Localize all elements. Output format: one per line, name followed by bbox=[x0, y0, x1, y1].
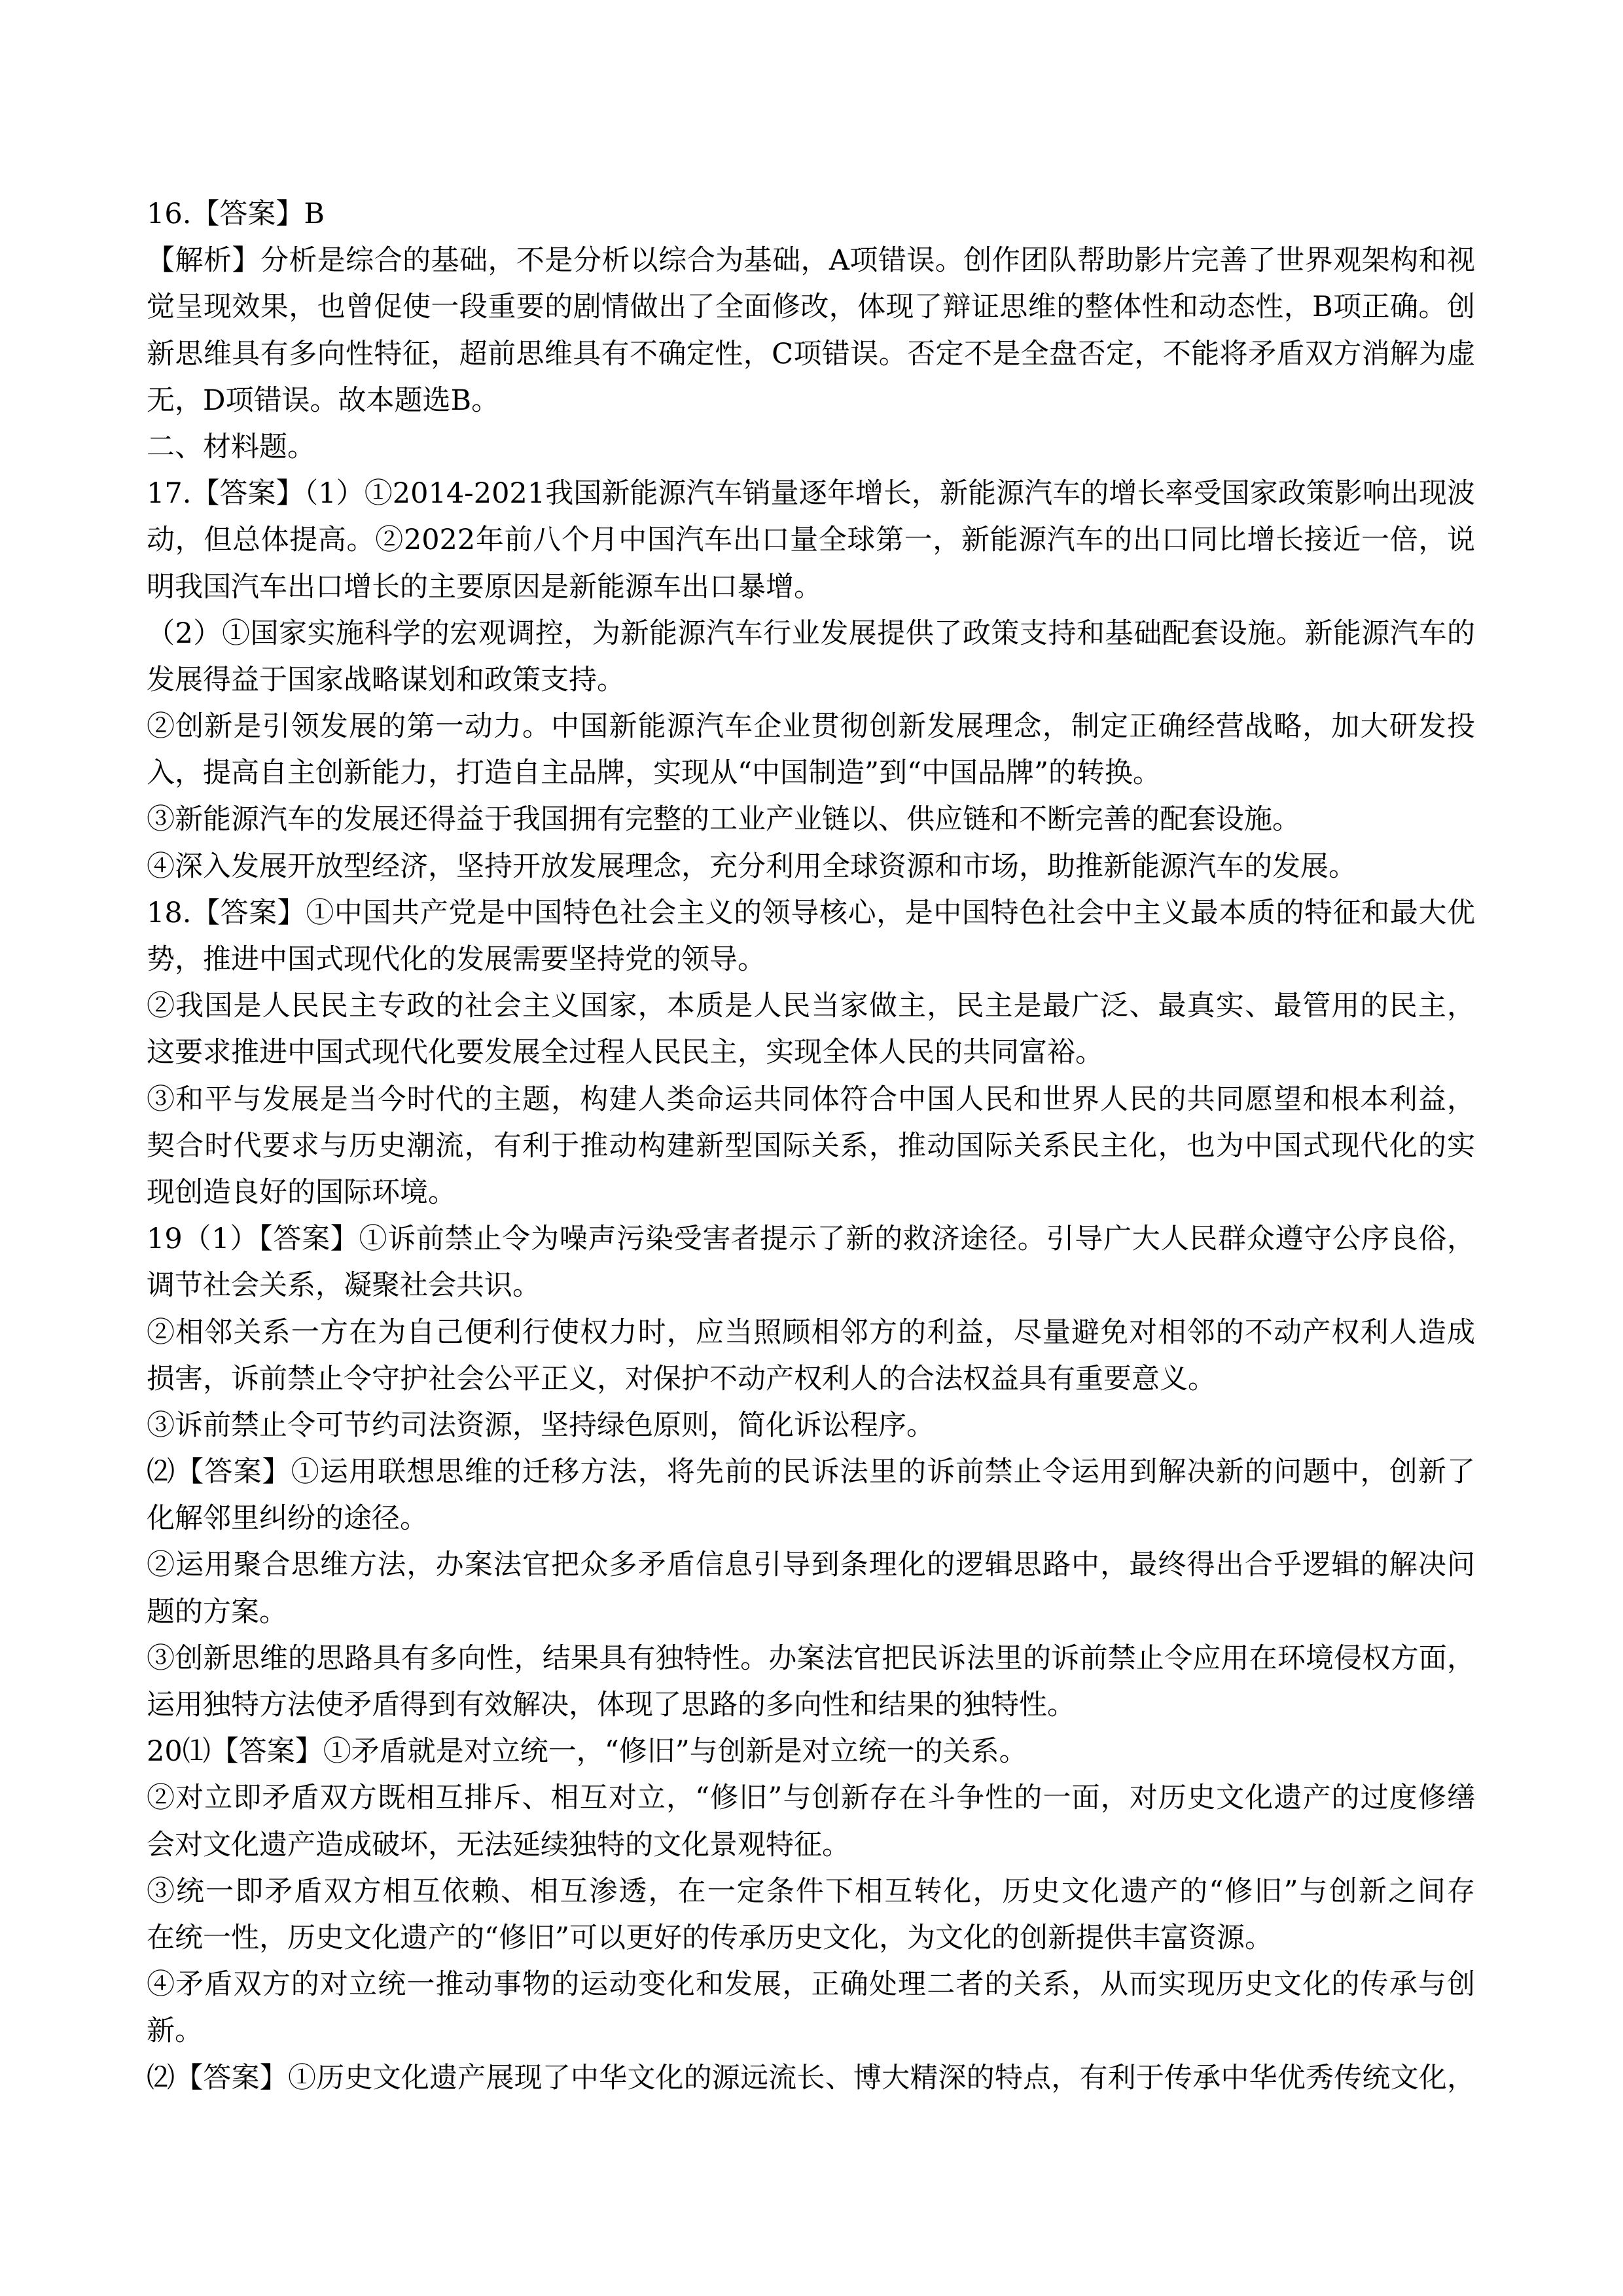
section-heading-material-questions: 二、材料题。 bbox=[147, 424, 1475, 471]
q19-line: 题的方案。 bbox=[147, 1589, 1475, 1636]
q18-line: ②我国是人民民主专政的社会主义国家，本质是人民当家做主，民主是最广泛、最真实、最… bbox=[147, 983, 1475, 1030]
q17-line: 动，但总体提高。②2022年前八个月中国汽车出口量全球第一，新能源汽车的出口同比… bbox=[147, 517, 1475, 564]
answer-q19: 19（1）【答案】①诉前禁止令为噪声污染受害者提示了新的救济途径。引导广大人民群… bbox=[147, 1216, 1475, 1729]
q16-analysis-line: 【解析】分析是综合的基础，不是分析以综合为基础，A项错误。创作团队帮助影片完善了… bbox=[147, 238, 1475, 284]
document-page: 16.【答案】B 【解析】分析是综合的基础，不是分析以综合为基础，A项错误。创作… bbox=[0, 0, 1623, 2296]
q20-line: ④矛盾双方的对立统一推动事物的运动变化和发展，正确处理二者的关系，从而实现历史文… bbox=[147, 1962, 1475, 2008]
q19-line: 调节社会关系，凝聚社会共识。 bbox=[147, 1263, 1475, 1309]
q19-line: ③诉前禁止令可节约司法资源，坚持绿色原则，简化诉讼程序。 bbox=[147, 1403, 1475, 1449]
q17-line: ②创新是引领发展的第一动力。中国新能源汽车企业贯彻创新发展理念，制定正确经营战略… bbox=[147, 704, 1475, 750]
answer-q18: 18.【答案】①中国共产党是中国特色社会主义的领导核心，是中国特色社会中主义最本… bbox=[147, 890, 1475, 1216]
q16-analysis-line: 觉呈现效果，也曾促使一段重要的剧情做出了全面修改，体现了辩证思维的整体性和动态性… bbox=[147, 284, 1475, 331]
q19-line: ②相邻关系一方在为自己便利行使权力时，应当照顾相邻方的利益，尽量避免对相邻的不动… bbox=[147, 1310, 1475, 1356]
answer-q17: 17.【答案】（1）①2014-2021我国新能源汽车销量逐年增长，新能源汽车的… bbox=[147, 471, 1475, 890]
q19-line: ⑵【答案】①运用联想思维的迁移方法，将先前的民诉法里的诉前禁止令运用到解决新的问… bbox=[147, 1449, 1475, 1496]
q17-line: 发展得益于国家战略谋划和政策支持。 bbox=[147, 657, 1475, 704]
q17-line: ③新能源汽车的发展还得益于我国拥有完整的工业产业链以、供应链和不断完善的配套设施… bbox=[147, 797, 1475, 843]
q18-line: 契合时代要求与历史潮流，有利于推动构建新型国际关系，推动国际关系民主化，也为中国… bbox=[147, 1123, 1475, 1170]
answer-text-block: 16.【答案】B 【解析】分析是综合的基础，不是分析以综合为基础，A项错误。创作… bbox=[147, 191, 1475, 2102]
q19-line: 19（1）【答案】①诉前禁止令为噪声污染受害者提示了新的救济途径。引导广大人民群… bbox=[147, 1216, 1475, 1263]
q18-line: 这要求推进中国式现代化要发展全过程人民民主，实现全体人民的共同富裕。 bbox=[147, 1030, 1475, 1076]
q18-line: 18.【答案】①中国共产党是中国特色社会主义的领导核心，是中国特色社会中主义最本… bbox=[147, 890, 1475, 937]
q20-line: 会对文化遗产造成破坏，无法延续独特的文化景观特征。 bbox=[147, 1822, 1475, 1869]
section-heading: 二、材料题。 bbox=[147, 424, 1475, 471]
answer-q20: 20⑴【答案】①矛盾就是对立统一，“修旧”与创新是对立统一的关系。 ②对立即矛盾… bbox=[147, 1729, 1475, 2102]
q19-line: ②运用聚合思维方法，办案法官把众多矛盾信息引导到条理化的逻辑思路中，最终得出合乎… bbox=[147, 1542, 1475, 1588]
q17-line: ④深入发展开放型经济，坚持开放发展理念，充分利用全球资源和市场，助推新能源汽车的… bbox=[147, 844, 1475, 890]
q17-line: （2）①国家实施科学的宏观调控，为新能源汽车行业发展提供了政策支持和基础配套设施… bbox=[147, 611, 1475, 657]
q19-line: 化解邻里纠纷的途径。 bbox=[147, 1496, 1475, 1542]
q20-line: ③统一即矛盾双方相互依赖、相互渗透，在一定条件下相互转化，历史文化遗产的“修旧”… bbox=[147, 1869, 1475, 1915]
q17-line: 17.【答案】（1）①2014-2021我国新能源汽车销量逐年增长，新能源汽车的… bbox=[147, 471, 1475, 517]
q17-line: 入，提高自主创新能力，打造自主品牌，实现从“中国制造”到“中国品牌”的转换。 bbox=[147, 750, 1475, 797]
q17-line: 明我国汽车出口增长的主要原因是新能源车出口暴增。 bbox=[147, 564, 1475, 611]
q20-line: 20⑴【答案】①矛盾就是对立统一，“修旧”与创新是对立统一的关系。 bbox=[147, 1729, 1475, 1775]
q20-line: 在统一性，历史文化遗产的“修旧”可以更好的传承历史文化，为文化的创新提供丰富资源… bbox=[147, 1915, 1475, 1962]
q16-analysis-line: 无，D项错误。故本题选B。 bbox=[147, 378, 1475, 424]
q18-line: ③和平与发展是当今时代的主题，构建人类命运共同体符合中国人民和世界人民的共同愿望… bbox=[147, 1077, 1475, 1123]
q19-line: 损害，诉前禁止令守护社会公平正义，对保护不动产权利人的合法权益具有重要意义。 bbox=[147, 1356, 1475, 1403]
q20-line: ②对立即矛盾双方既相互排斥、相互对立，“修旧”与创新存在斗争性的一面，对历史文化… bbox=[147, 1775, 1475, 1821]
q18-line: 现创造良好的国际环境。 bbox=[147, 1170, 1475, 1216]
q18-line: 势，推进中国式现代化的发展需要坚持党的领导。 bbox=[147, 937, 1475, 983]
q19-line: 运用独特方法使矛盾得到有效解决，体现了思路的多向性和结果的独特性。 bbox=[147, 1682, 1475, 1729]
q16-analysis-line: 新思维具有多向性特征，超前思维具有不确定性，C项错误。否定不是全盘否定，不能将矛… bbox=[147, 331, 1475, 378]
q16-answer-line: 16.【答案】B bbox=[147, 191, 1475, 238]
q20-line: ⑵【答案】①历史文化遗产展现了中华文化的源远流长、博大精深的特点，有利于传承中华… bbox=[147, 2055, 1475, 2102]
answer-q16: 16.【答案】B 【解析】分析是综合的基础，不是分析以综合为基础，A项错误。创作… bbox=[147, 191, 1475, 424]
q20-line: 新。 bbox=[147, 2008, 1475, 2054]
q19-line: ③创新思维的思路具有多向性，结果具有独特性。办案法官把民诉法里的诉前禁止令应用在… bbox=[147, 1636, 1475, 1682]
